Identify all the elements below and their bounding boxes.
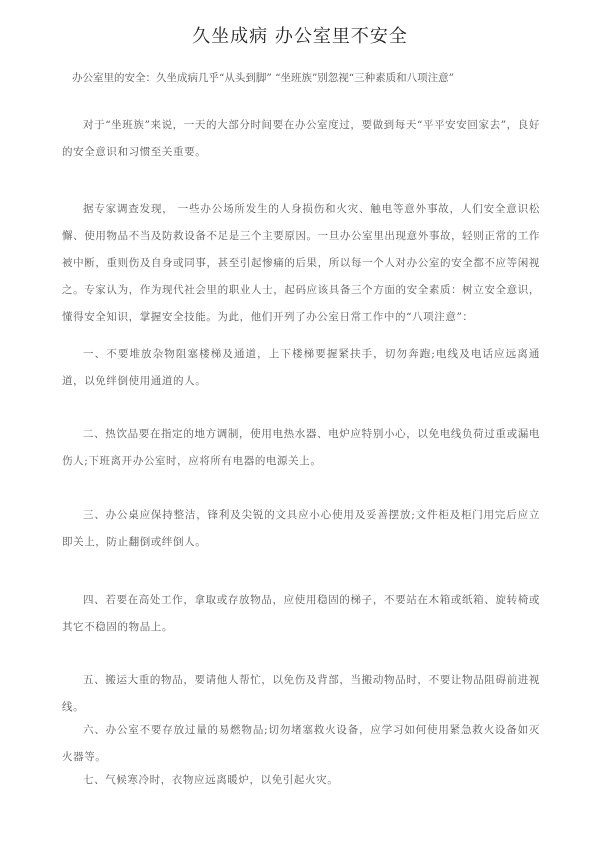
paragraph-rule-1: 一、不要堆放杂物阻塞楼梯及通道，上下楼梯要握紧扶手，切勿奔跑;电线及电话应远离通…: [62, 341, 540, 395]
paragraph-rule-2: 二、热饮品要在指定的地方调制，使用电热水器、电炉应特别小心，以免电线负荷过重或漏…: [62, 421, 540, 475]
paragraph-rule-3: 三、办公桌应保持整洁，锋利及尖锐的文具应小心使用及妥善摆放;文件柜及柜门用完后应…: [62, 502, 540, 556]
paragraph-expert-findings: 据专家调查发现， 一些办公场所发生的人身损伤和火灾、触电等意外事故，人们安全意识…: [62, 196, 540, 331]
paragraph-rule-6: 六、办公室不要存放过量的易燃物品;切勿堵塞救火设备，应学习如何使用紧急救火设备如…: [62, 717, 540, 771]
document-page: 久坐成病 办公室里不安全 办公室里的安全：久坐成病几乎“从头到脚” “坐班族”别…: [0, 0, 600, 849]
document-subtitle: 办公室里的安全：久坐成病几乎“从头到脚” “坐班族”别忽视“三种素质和八项注意”: [72, 70, 542, 85]
paragraph-rule-5: 五、搬运大重的物品，要请他人帮忙，以免伤及背部，当搬动物品时，不要让物品阻碍前进…: [62, 667, 540, 721]
paragraph-rule-7: 七、气候寒冷时，衣物应远离暖炉，以免引起火灾。: [62, 767, 540, 794]
paragraph-intro: 对于“坐班族”来说，一天的大部分时间要在办公室度过，要做到每天“平平安安回家去”…: [62, 112, 540, 166]
paragraph-rule-4: 四、若要在高处工作，拿取或存放物品，应使用稳固的梯子，不要站在木箱或纸箱、旋转椅…: [62, 587, 540, 641]
document-title: 久坐成病 办公室里不安全: [0, 22, 600, 48]
